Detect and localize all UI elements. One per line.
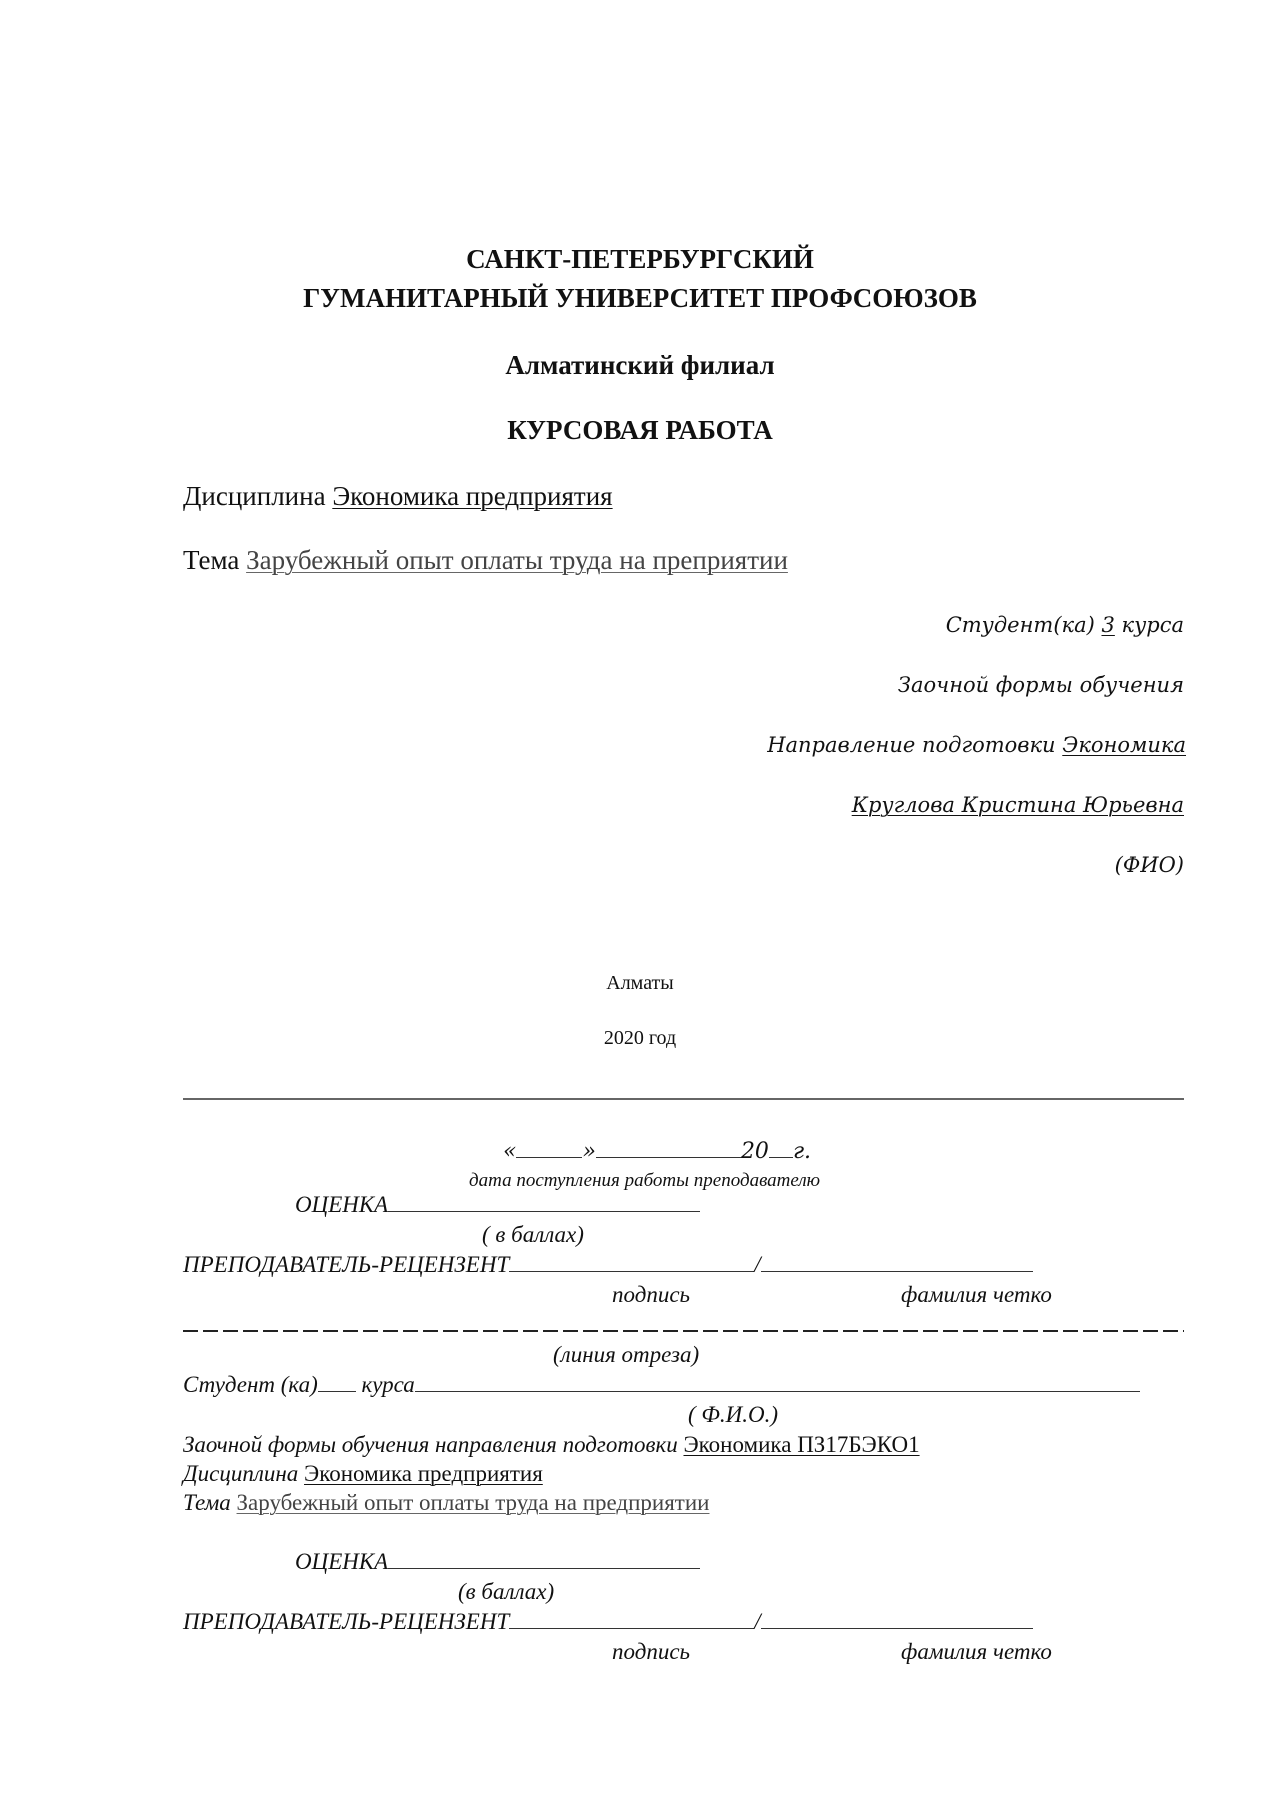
close-quote: » bbox=[582, 1139, 595, 1164]
tear-student-line: Студент (ка) курса bbox=[183, 1372, 1140, 1398]
tear-reviewer-label: ПРЕПОДАВАТЕЛЬ-РЕЦЕНЗЕНТ bbox=[183, 1609, 509, 1634]
slash: / bbox=[754, 1252, 760, 1277]
student-label: Студент(ка) bbox=[946, 613, 1095, 637]
tear-study-form: Заочной формы обучения направления подго… bbox=[183, 1432, 678, 1457]
discipline-label: Дисциплина bbox=[183, 481, 326, 511]
direction-label: Направление подготовки bbox=[767, 733, 1055, 757]
grade-line: ОЦЕНКА bbox=[295, 1192, 700, 1218]
signature-caption: подпись bbox=[612, 1282, 690, 1308]
tear-surname-blank bbox=[761, 1627, 1033, 1629]
month-blank bbox=[596, 1156, 741, 1158]
signature-blank bbox=[509, 1270, 754, 1272]
tear-discipline-value: Экономика предприятия bbox=[304, 1461, 543, 1486]
tear-topic-value: Зарубежный опыт оплаты труда на предприя… bbox=[237, 1490, 710, 1515]
direction-line: Направление подготовки Экономика bbox=[767, 733, 1186, 757]
discipline-value: Экономика предприятия bbox=[332, 481, 612, 511]
topic-line: Тема Зарубежный опыт оплаты труда на пре… bbox=[183, 545, 788, 576]
reviewer-label: ПРЕПОДАВАТЕЛЬ-РЕЦЕНЗЕНТ bbox=[183, 1252, 509, 1277]
tear-slash: / bbox=[754, 1609, 760, 1634]
discipline-line: Дисциплина Экономика предприятия bbox=[183, 481, 613, 512]
tear-direction-line: Заочной формы обучения направления подго… bbox=[183, 1432, 920, 1458]
tear-grade-caption: (в баллах) bbox=[458, 1579, 554, 1605]
tear-direction-value: Экономика ПЗ17БЭКО1 bbox=[683, 1432, 919, 1457]
branch-name: Алматинский филиал bbox=[0, 350, 1280, 381]
student-course-line: Студент(ка) 3 курса bbox=[946, 613, 1184, 637]
year-blank bbox=[769, 1156, 793, 1158]
fio-blank bbox=[415, 1390, 1140, 1392]
course-blank bbox=[318, 1390, 356, 1392]
university-name-line2: ГУМАНИТАРНЫЙ УНИВЕРСИТЕТ ПРОФСОЮЗОВ bbox=[0, 283, 1280, 314]
fio-caption: ( Ф.И.О.) bbox=[688, 1402, 778, 1428]
name-caption: (ФИО) bbox=[1115, 853, 1184, 877]
date-received-line: «»20г. bbox=[503, 1139, 811, 1164]
surname-caption: фамилия четко bbox=[901, 1282, 1052, 1308]
year-century: 20 bbox=[741, 1139, 769, 1164]
tear-student-label: Студент (ка) bbox=[183, 1372, 318, 1397]
university-name-line1: САНКТ-ПЕТЕРБУРГСКИЙ bbox=[0, 244, 1280, 275]
date-caption: дата поступления работы преподавателю bbox=[469, 1170, 820, 1192]
open-quote: « bbox=[503, 1139, 516, 1164]
cut-line bbox=[183, 1330, 1184, 1332]
grade-caption: ( в баллах) bbox=[482, 1222, 584, 1248]
work-type-heading: КУРСОВАЯ РАБОТА bbox=[0, 415, 1280, 446]
cut-line-caption: (линия отреза) bbox=[553, 1342, 699, 1368]
grade-blank bbox=[388, 1210, 700, 1212]
tear-discipline-line: Дисциплина Экономика предприятия bbox=[183, 1461, 543, 1487]
tear-course-label: курса bbox=[362, 1372, 415, 1397]
course-suffix: курса bbox=[1122, 613, 1184, 637]
tear-grade-blank bbox=[388, 1567, 700, 1569]
student-course-value: 3 bbox=[1101, 613, 1114, 637]
day-blank bbox=[516, 1156, 582, 1158]
student-name: Круглова Кристина Юрьевна bbox=[852, 793, 1184, 817]
tear-topic-line: Тема Зарубежный опыт оплаты труда на пре… bbox=[183, 1490, 709, 1516]
tear-grade-line: ОЦЕНКА bbox=[295, 1549, 700, 1575]
year: 2020 год bbox=[0, 1027, 1280, 1050]
tear-reviewer-line: ПРЕПОДАВАТЕЛЬ-РЕЦЕНЗЕНТ/ bbox=[183, 1609, 1033, 1635]
year-suffix: г. bbox=[793, 1139, 811, 1164]
tear-grade-label: ОЦЕНКА bbox=[295, 1549, 388, 1574]
direction-value: Экономика bbox=[1062, 733, 1186, 757]
topic-value: Зарубежный опыт оплаты труда на преприят… bbox=[246, 545, 788, 575]
study-form-line: Заочной формы обучения bbox=[898, 673, 1184, 697]
grade-label: ОЦЕНКА bbox=[295, 1192, 388, 1217]
horizontal-rule bbox=[183, 1098, 1184, 1100]
tear-signature-caption: подпись bbox=[612, 1639, 690, 1665]
topic-label: Тема bbox=[183, 545, 239, 575]
tear-discipline-label: Дисциплина bbox=[183, 1461, 298, 1486]
tear-signature-blank bbox=[509, 1627, 754, 1629]
surname-blank bbox=[761, 1270, 1033, 1272]
city: Алматы bbox=[0, 972, 1280, 995]
tear-surname-caption: фамилия четко bbox=[901, 1639, 1052, 1665]
tear-topic-label: Тема bbox=[183, 1490, 231, 1515]
reviewer-line: ПРЕПОДАВАТЕЛЬ-РЕЦЕНЗЕНТ/ bbox=[183, 1252, 1033, 1278]
